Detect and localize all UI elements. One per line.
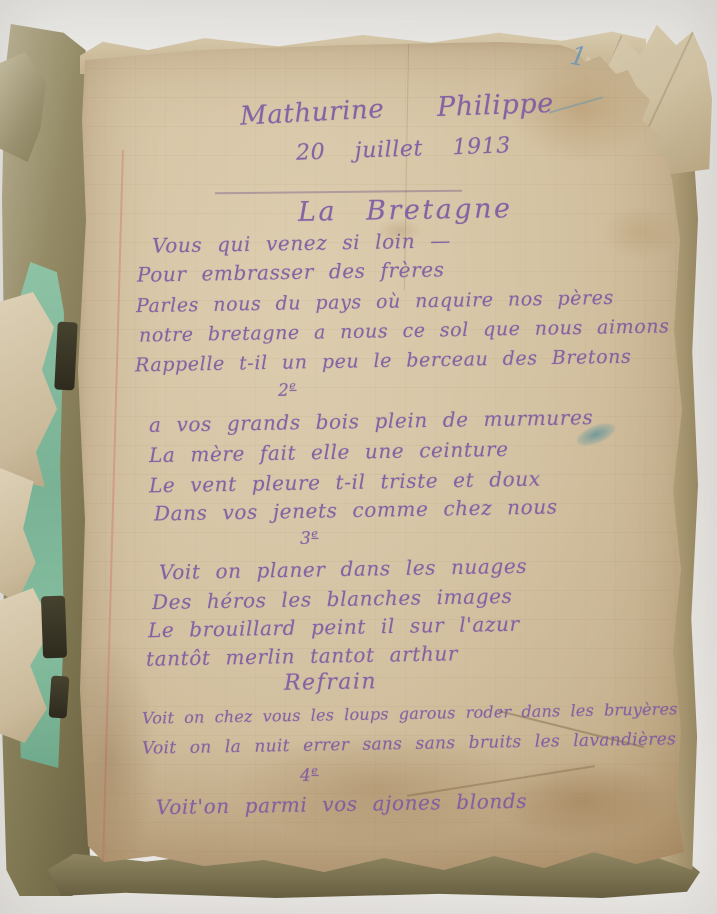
poem-line: Rappelle t-il un peu le berceau des Bret…	[135, 346, 632, 377]
binding-remnant	[54, 322, 78, 391]
poem-line: La mère fait elle une ceinture	[149, 437, 509, 467]
poem-line: Voit on planer dans les nuages	[159, 554, 528, 584]
poem-line: Dans vos jenets comme chez nous	[154, 494, 558, 525]
poem-line: tantôt merlin tantot arthur	[146, 641, 458, 670]
poem-line: notre bretagne a nous ce sol que nous ai…	[139, 315, 670, 346]
notebook-photo: 1 Mathurine Philippe 20 juillet 1913 La …	[0, 0, 717, 914]
stanza-marker-2: 2e	[278, 379, 297, 401]
poem-line: Des héros les blanches images	[152, 584, 513, 614]
header-rule-line	[215, 190, 462, 195]
binding-remnant	[41, 596, 67, 659]
author-first-name: Mathurine	[239, 94, 385, 132]
poem-line: Parles nous du pays où naquire nos pères	[136, 287, 614, 317]
stanza-marker-4: 4e	[300, 764, 319, 786]
poem-line: Vous qui venez si loin —	[152, 228, 451, 257]
author-last-name: Philippe	[436, 88, 554, 123]
poem-line: Voit'on parmi vos ajones blonds	[156, 789, 527, 819]
page-title: La Bretagne	[298, 193, 513, 228]
poem-line: Le vent pleure t-il triste et doux	[149, 467, 541, 498]
poem-line: Pour embrasser des frères	[137, 257, 445, 286]
poem-line: Le brouillard peint il sur l'azur	[148, 612, 520, 642]
stanza-marker-3: 3e	[300, 527, 319, 549]
poem-line: Voit on la nuit errer sans sans bruits l…	[142, 729, 676, 758]
margin-line	[102, 150, 124, 862]
poem-line: Voit on chez vous les loups garous roder…	[142, 699, 678, 727]
binding-remnant	[49, 675, 70, 718]
main-page: Mathurine Philippe 20 juillet 1913 La Br…	[76, 40, 696, 886]
date: 20 juillet 1913	[296, 133, 512, 165]
poem-line: a vos grands bois plein de murmures	[149, 405, 594, 437]
stain	[600, 205, 680, 260]
refrain-label: Refrain	[284, 669, 378, 696]
